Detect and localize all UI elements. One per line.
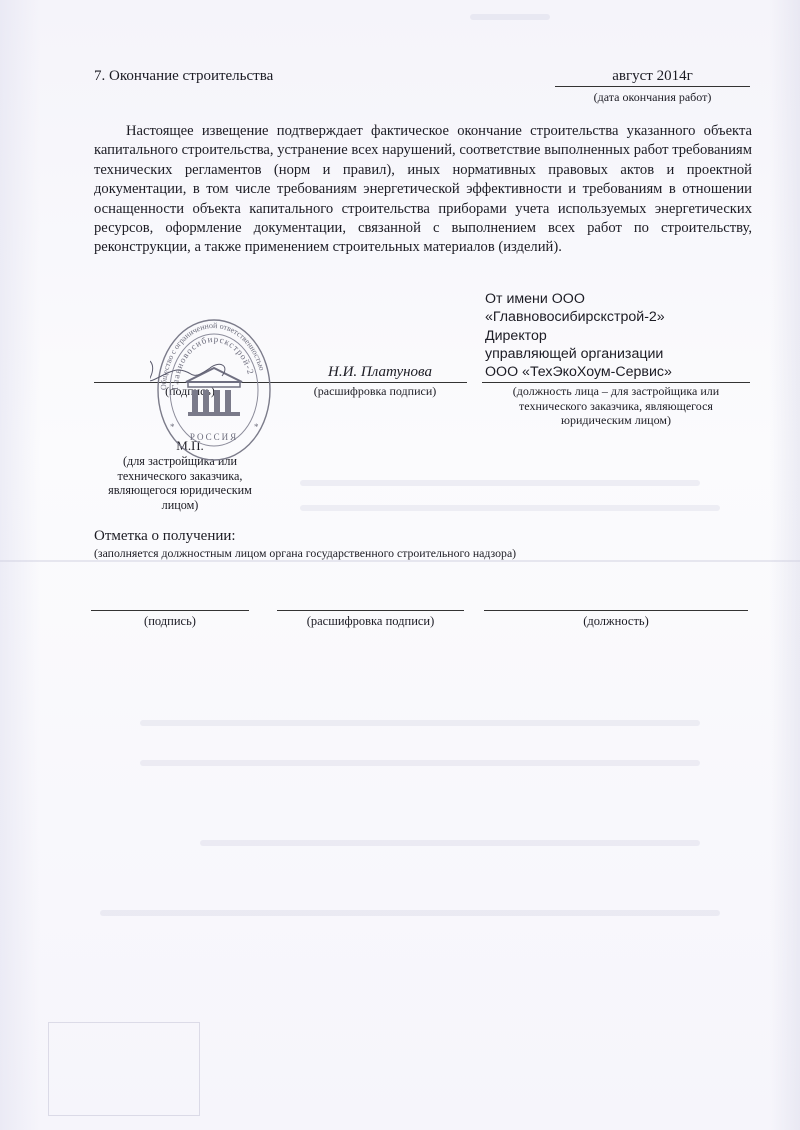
show-through-mark — [300, 505, 720, 511]
position-line: От имени ООО — [485, 290, 672, 308]
caption-line: технического заказчика, являющегося — [482, 399, 750, 414]
confirmation-paragraph: Настоящее извещение подтверждает фактиче… — [94, 122, 752, 258]
show-through-mark — [140, 720, 700, 726]
receipt-signature-caption: (подпись) — [91, 614, 249, 629]
show-through-stamp — [48, 1022, 200, 1116]
show-through-mark — [100, 910, 720, 916]
position-line: «Главновосибирскстрой-2» — [485, 308, 672, 326]
caption-line: лицом) — [100, 498, 260, 513]
developer-position: От имени ООО «Главновосибирскстрой-2» Ди… — [485, 290, 672, 381]
receipt-title: Отметка о получении: — [94, 528, 236, 545]
position-line: ООО «ТехЭкоХоум-Сервис» — [485, 363, 672, 381]
position-line: управляющей организации — [485, 345, 672, 363]
position-line-underline — [482, 382, 750, 383]
caption-line: юридическим лицом) — [482, 413, 750, 428]
svg-text:*: * — [170, 422, 175, 432]
position-caption: (должность лица – для застройщика или те… — [482, 384, 750, 428]
receipt-signature-line[interactable] — [91, 610, 249, 611]
svg-text:РОССИЯ: РОССИЯ — [190, 432, 238, 442]
show-through-mark — [200, 840, 700, 846]
show-through-mark — [140, 760, 700, 766]
seal-caption: (для застройщика или технического заказч… — [100, 454, 260, 512]
show-through-mark — [300, 480, 700, 486]
receipt-position-caption: (должность) — [484, 614, 748, 629]
caption-line: (должность лица – для застройщика или — [482, 384, 750, 399]
caption-line: технического заказчика, — [100, 469, 260, 484]
signer-name: Н.И. Платунова — [300, 364, 460, 381]
completion-date-block: август 2014г (дата окончания работ) — [555, 68, 750, 105]
position-line: Директор — [485, 327, 672, 345]
completion-date-value: август 2014г — [555, 68, 750, 87]
name-line — [282, 382, 467, 383]
receipt-name-line[interactable] — [277, 610, 464, 611]
receipt-subtitle: (заполняется должностным лицом органа го… — [94, 546, 516, 561]
show-through-mark — [470, 14, 550, 20]
caption-line: являющегося юридическим — [100, 483, 260, 498]
svg-text:*: * — [254, 422, 259, 432]
company-stamp-icon: Общество с ограниченной ответственностью… — [150, 312, 275, 462]
receipt-name-caption: (расшифровка подписи) — [277, 614, 464, 629]
section-title: 7. Окончание строительства — [94, 68, 273, 85]
receipt-position-line[interactable] — [484, 610, 748, 611]
completion-date-caption: (дата окончания работ) — [555, 90, 750, 105]
name-caption: (расшифровка подписи) — [290, 384, 460, 399]
